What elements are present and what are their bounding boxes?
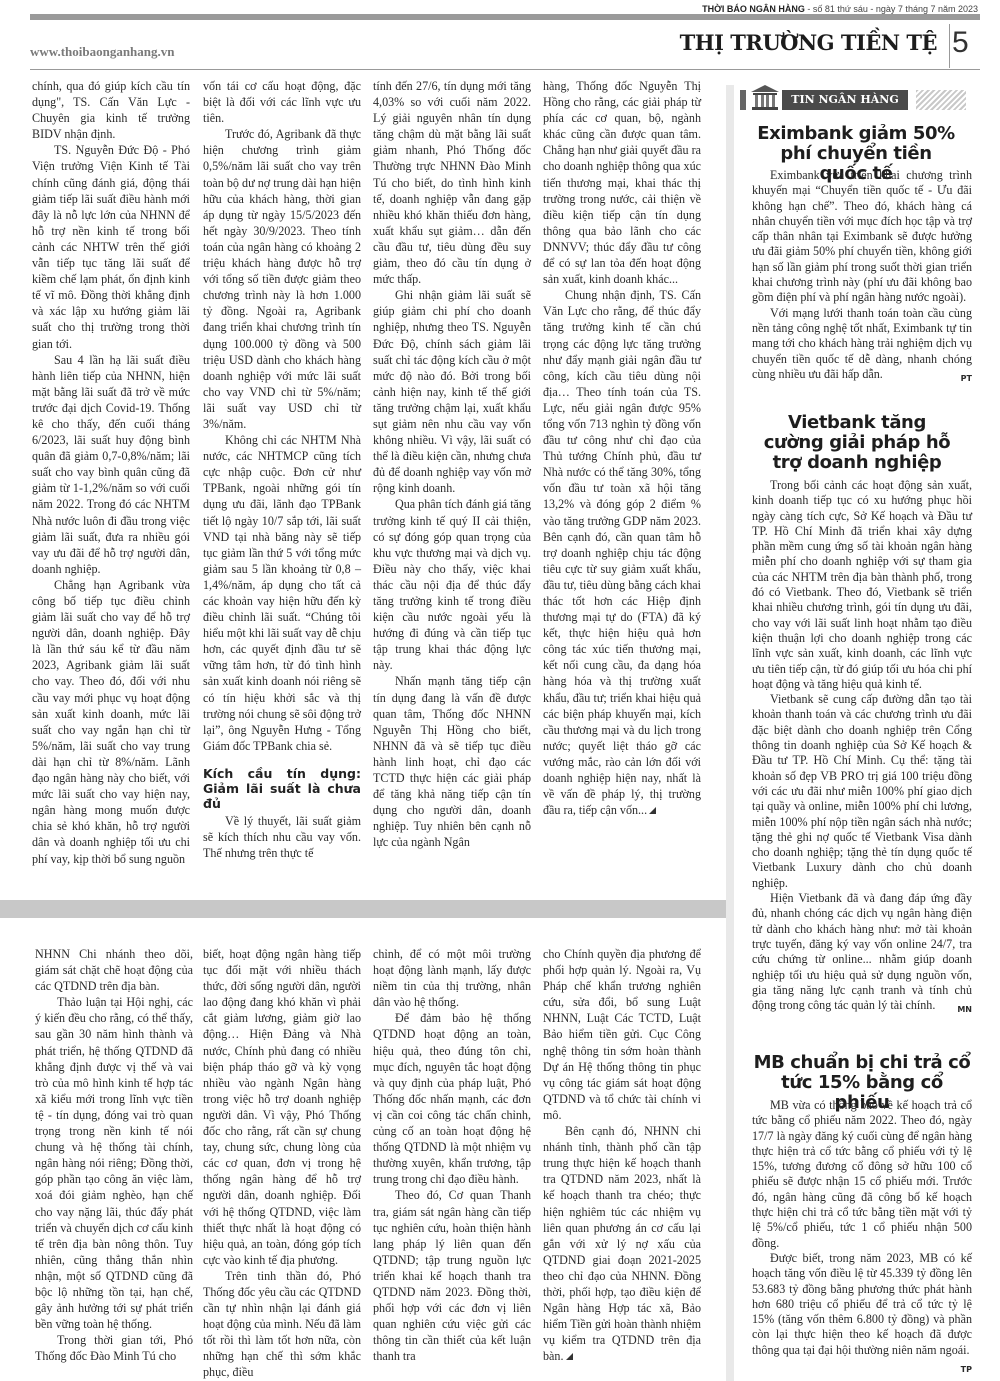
paragraph: Trên tinh thần đó, Phó Thống đốc yêu cầu…	[203, 1268, 361, 1381]
article-column-1: NHNN Chi nhánh theo dõi, giám sát chặt c…	[35, 946, 193, 1364]
paragraph: Không chỉ các NHTM Nhà nước, các NHTMCP …	[203, 432, 361, 754]
paragraph: chỉnh, để có một môi trường hoạt động là…	[373, 946, 531, 1010]
article-column-4: cho Chính quyền địa phương để phối hợp q…	[543, 946, 701, 1364]
publication-name: THỜI BÁO NGÂN HÀNG	[702, 4, 805, 14]
paragraph: Bên cạnh đó, NHNN chi nhánh tỉnh, thành …	[543, 1123, 701, 1364]
issue-line: THỜI BÁO NGÂN HÀNG - số 81 thứ sáu - ngà…	[702, 4, 978, 14]
paragraph: Để đảm bảo hệ thống QTDND hoạt động an t…	[373, 1010, 531, 1187]
story-body: Eximbank vừa triển khai chương trình khu…	[752, 168, 972, 386]
paragraph: TS. Nguyễn Đức Độ - Phó Viện trưởng Viện…	[32, 142, 190, 351]
website-link[interactable]: www.thoibaonganhang.vn	[30, 44, 175, 60]
paragraph: hàng, Thống đốc Nguyễn Thị Hồng cho rằng…	[543, 78, 701, 287]
story-title: Vietbank tăng cường giải pháp hỗ trợ doa…	[762, 413, 952, 473]
section-divider-bar	[0, 900, 726, 918]
sidebar-gutter	[726, 85, 734, 1381]
article-column-4: hàng, Thống đốc Nguyễn Thị Hồng cho rằng…	[543, 78, 701, 818]
paragraph: Eximbank vừa triển khai chương trình khu…	[752, 168, 972, 306]
article-column-1: chính, qua đó giúp kích cầu tín dụng", T…	[32, 78, 190, 867]
paragraph: tính đến 27/6, tín dụng mới tăng 4,03% s…	[373, 78, 531, 287]
header-divider	[30, 69, 980, 70]
paragraph: Thảo luận tại Hội nghị, các ý kiến đều c…	[35, 994, 193, 1332]
paragraph: Hiện Vietbank đã và đang đáp ứng đầy đủ,…	[752, 891, 972, 1013]
paragraph: Với mạng lưới thanh toán toàn cầu cùng n…	[752, 306, 972, 382]
bank-building-icon	[750, 84, 780, 110]
paragraph: Qua phân tích đánh giá tăng trưởng kinh …	[373, 496, 531, 673]
paragraph: vốn tái cơ cấu hoạt động, đặc biệt là đố…	[203, 78, 361, 126]
paragraph: MB vừa có thông báo về kế hoạch trả cổ t…	[752, 1098, 972, 1251]
tag-decoration	[916, 90, 966, 110]
section-title: THỊ TRƯỜNG TIỀN TỆ	[680, 30, 937, 55]
paragraph: cho Chính quyền địa phương để phối hợp q…	[543, 946, 701, 1123]
paragraph: Được biết, trong năm 2023, MB có kế hoạc…	[752, 1251, 972, 1358]
author-byline: MN	[939, 1002, 972, 1017]
article-column-2: biết, hoạt động ngân hàng tiếp tục đối m…	[203, 946, 361, 1381]
paragraph: chính, qua đó giúp kích cầu tín dụng", T…	[32, 78, 190, 142]
paragraph: Trong bối cảnh các hoạt động sản xuất, k…	[752, 478, 972, 692]
paragraph: Sau 4 lần hạ lãi suất điều hành liên tiế…	[32, 352, 190, 577]
paragraph: Theo đó, Cơ quan Thanh tra, giám sát ngâ…	[373, 1187, 531, 1364]
end-of-article-icon	[566, 1353, 573, 1360]
tag-accent	[740, 90, 746, 110]
divider	[949, 24, 950, 68]
top-rule	[30, 14, 980, 20]
issue-date: - số 81 thứ sáu - ngày 7 tháng 7 năm 202…	[805, 4, 978, 14]
article-column-3: tính đến 27/6, tín dụng mới tăng 4,03% s…	[373, 78, 531, 851]
author-byline: TP	[943, 1362, 972, 1377]
paragraph: Ghi nhận giảm lãi suất sẽ giúp giảm chi …	[373, 287, 531, 496]
end-of-article-icon	[649, 807, 656, 814]
story-body: MB vừa có thông báo về kế hoạch trả cổ t…	[752, 1098, 972, 1377]
story-body: Trong bối cảnh các hoạt động sản xuất, k…	[752, 478, 972, 1017]
sidebar-tag: TIN NGÂN HÀNG	[740, 90, 976, 110]
author-byline: PT	[943, 371, 972, 386]
paragraph: Vietbank sẽ cung cấp đường dẫn tạo tài k…	[752, 692, 972, 891]
article-column-3: chỉnh, để có một môi trường hoạt động là…	[373, 946, 531, 1364]
paragraph: Về lý thuyết, lãi suất giảm sẽ kích thíc…	[203, 813, 361, 861]
article-column-2: vốn tái cơ cấu hoạt động, đặc biệt là đố…	[203, 78, 361, 861]
paragraph: Nhấn mạnh tăng tiếp cận tín dụng đang là…	[373, 673, 531, 850]
subheading: Kích cầu tín dụng: Giảm lãi suất là chưa…	[203, 766, 361, 811]
paragraph: Trong thời gian tới, Phó Thống đốc Đào M…	[35, 1332, 193, 1364]
paragraph: Trước đó, Agribank đã thực hiện chương t…	[203, 126, 361, 432]
paragraph: Chung nhận định, TS. Cấn Văn Lực cho rằn…	[543, 287, 701, 818]
paragraph: NHNN Chi nhánh theo dõi, giám sát chặt c…	[35, 946, 193, 994]
tag-label: TIN NGÂN HÀNG	[782, 90, 908, 110]
page-number: 5	[952, 26, 969, 60]
paragraph: biết, hoạt động ngân hàng tiếp tục đối m…	[203, 946, 361, 1268]
paragraph: Chẳng hạn Agribank vừa công bố tiếp tục …	[32, 577, 190, 867]
